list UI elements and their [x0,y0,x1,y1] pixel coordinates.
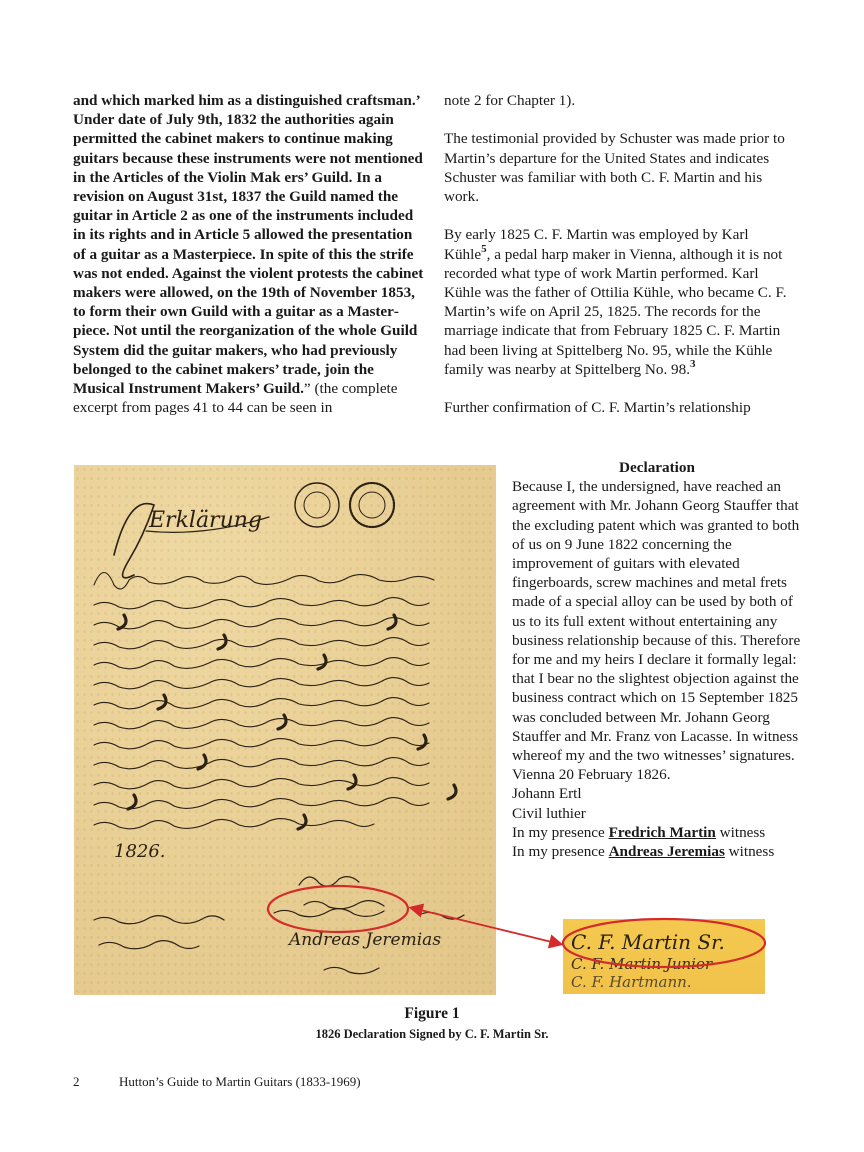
running-title: Hutton’s Guide to Martin Guitars (1833-1… [119,1074,361,1089]
witness-line-2: In my presence Andreas Jeremias witness [512,842,802,861]
witness-line-1: In my presence Fredrich Martin witness [512,823,802,842]
continuation-text: note 2 for Chapter 1). [444,91,796,110]
svg-text:Andreas Jeremias: Andreas Jeremias [287,930,441,950]
footnote-ref-3[interactable]: 3 [690,358,696,370]
page-footer: 2Hutton’s Guide to Martin Guitars (1833-… [73,1074,361,1090]
right-column: note 2 for Chapter 1). The testimonial p… [444,91,796,417]
page-number: 2 [73,1074,119,1090]
figure-label: Figure 1 [0,1005,864,1023]
signature-illustration: C. F. Martin Sr. C. F. Martin Junior C. … [563,919,765,994]
signer-title: Civil luthier [512,804,802,823]
svg-text:Erklärung: Erklärung [148,508,262,533]
paragraph-confirmation: Further confirmation of C. F. Martin’s r… [444,398,796,417]
svg-text:C. F. Martin Sr.: C. F. Martin Sr. [571,930,725,954]
svg-text:1826.: 1826. [114,841,166,862]
quoted-excerpt: and which marked him as a distinguished … [73,92,423,397]
manuscript-image: Erklärung [74,465,496,995]
paragraph-kuhle: By early 1825 C. F. Martin was employed … [444,225,796,379]
paragraph-schuster: The testimonial provided by Schuster was… [444,129,796,206]
left-column: and which marked him as a distinguished … [73,91,425,417]
signer-name: Johann Ertl [512,784,802,803]
witness-andreas-jeremias: Andreas Jeremias [609,843,725,860]
svg-text:C. F. Martin Junior: C. F. Martin Junior [571,955,713,973]
footnote-ref-5[interactable]: 5 [481,243,487,255]
declaration-body: Because I, the undersigned, have reached… [512,477,802,784]
figure-caption: 1826 Declaration Signed by C. F. Martin … [0,1027,864,1042]
handwriting-illustration: Erklärung [74,465,496,995]
declaration-translation: Declaration Because I, the undersigned, … [512,458,802,861]
declaration-title: Declaration [512,458,802,477]
signature-inset-image: C. F. Martin Sr. C. F. Martin Junior C. … [563,919,765,994]
svg-text:C. F. Hartmann.: C. F. Hartmann. [571,973,692,991]
witness-fredrich-martin: Fredrich Martin [609,824,716,841]
